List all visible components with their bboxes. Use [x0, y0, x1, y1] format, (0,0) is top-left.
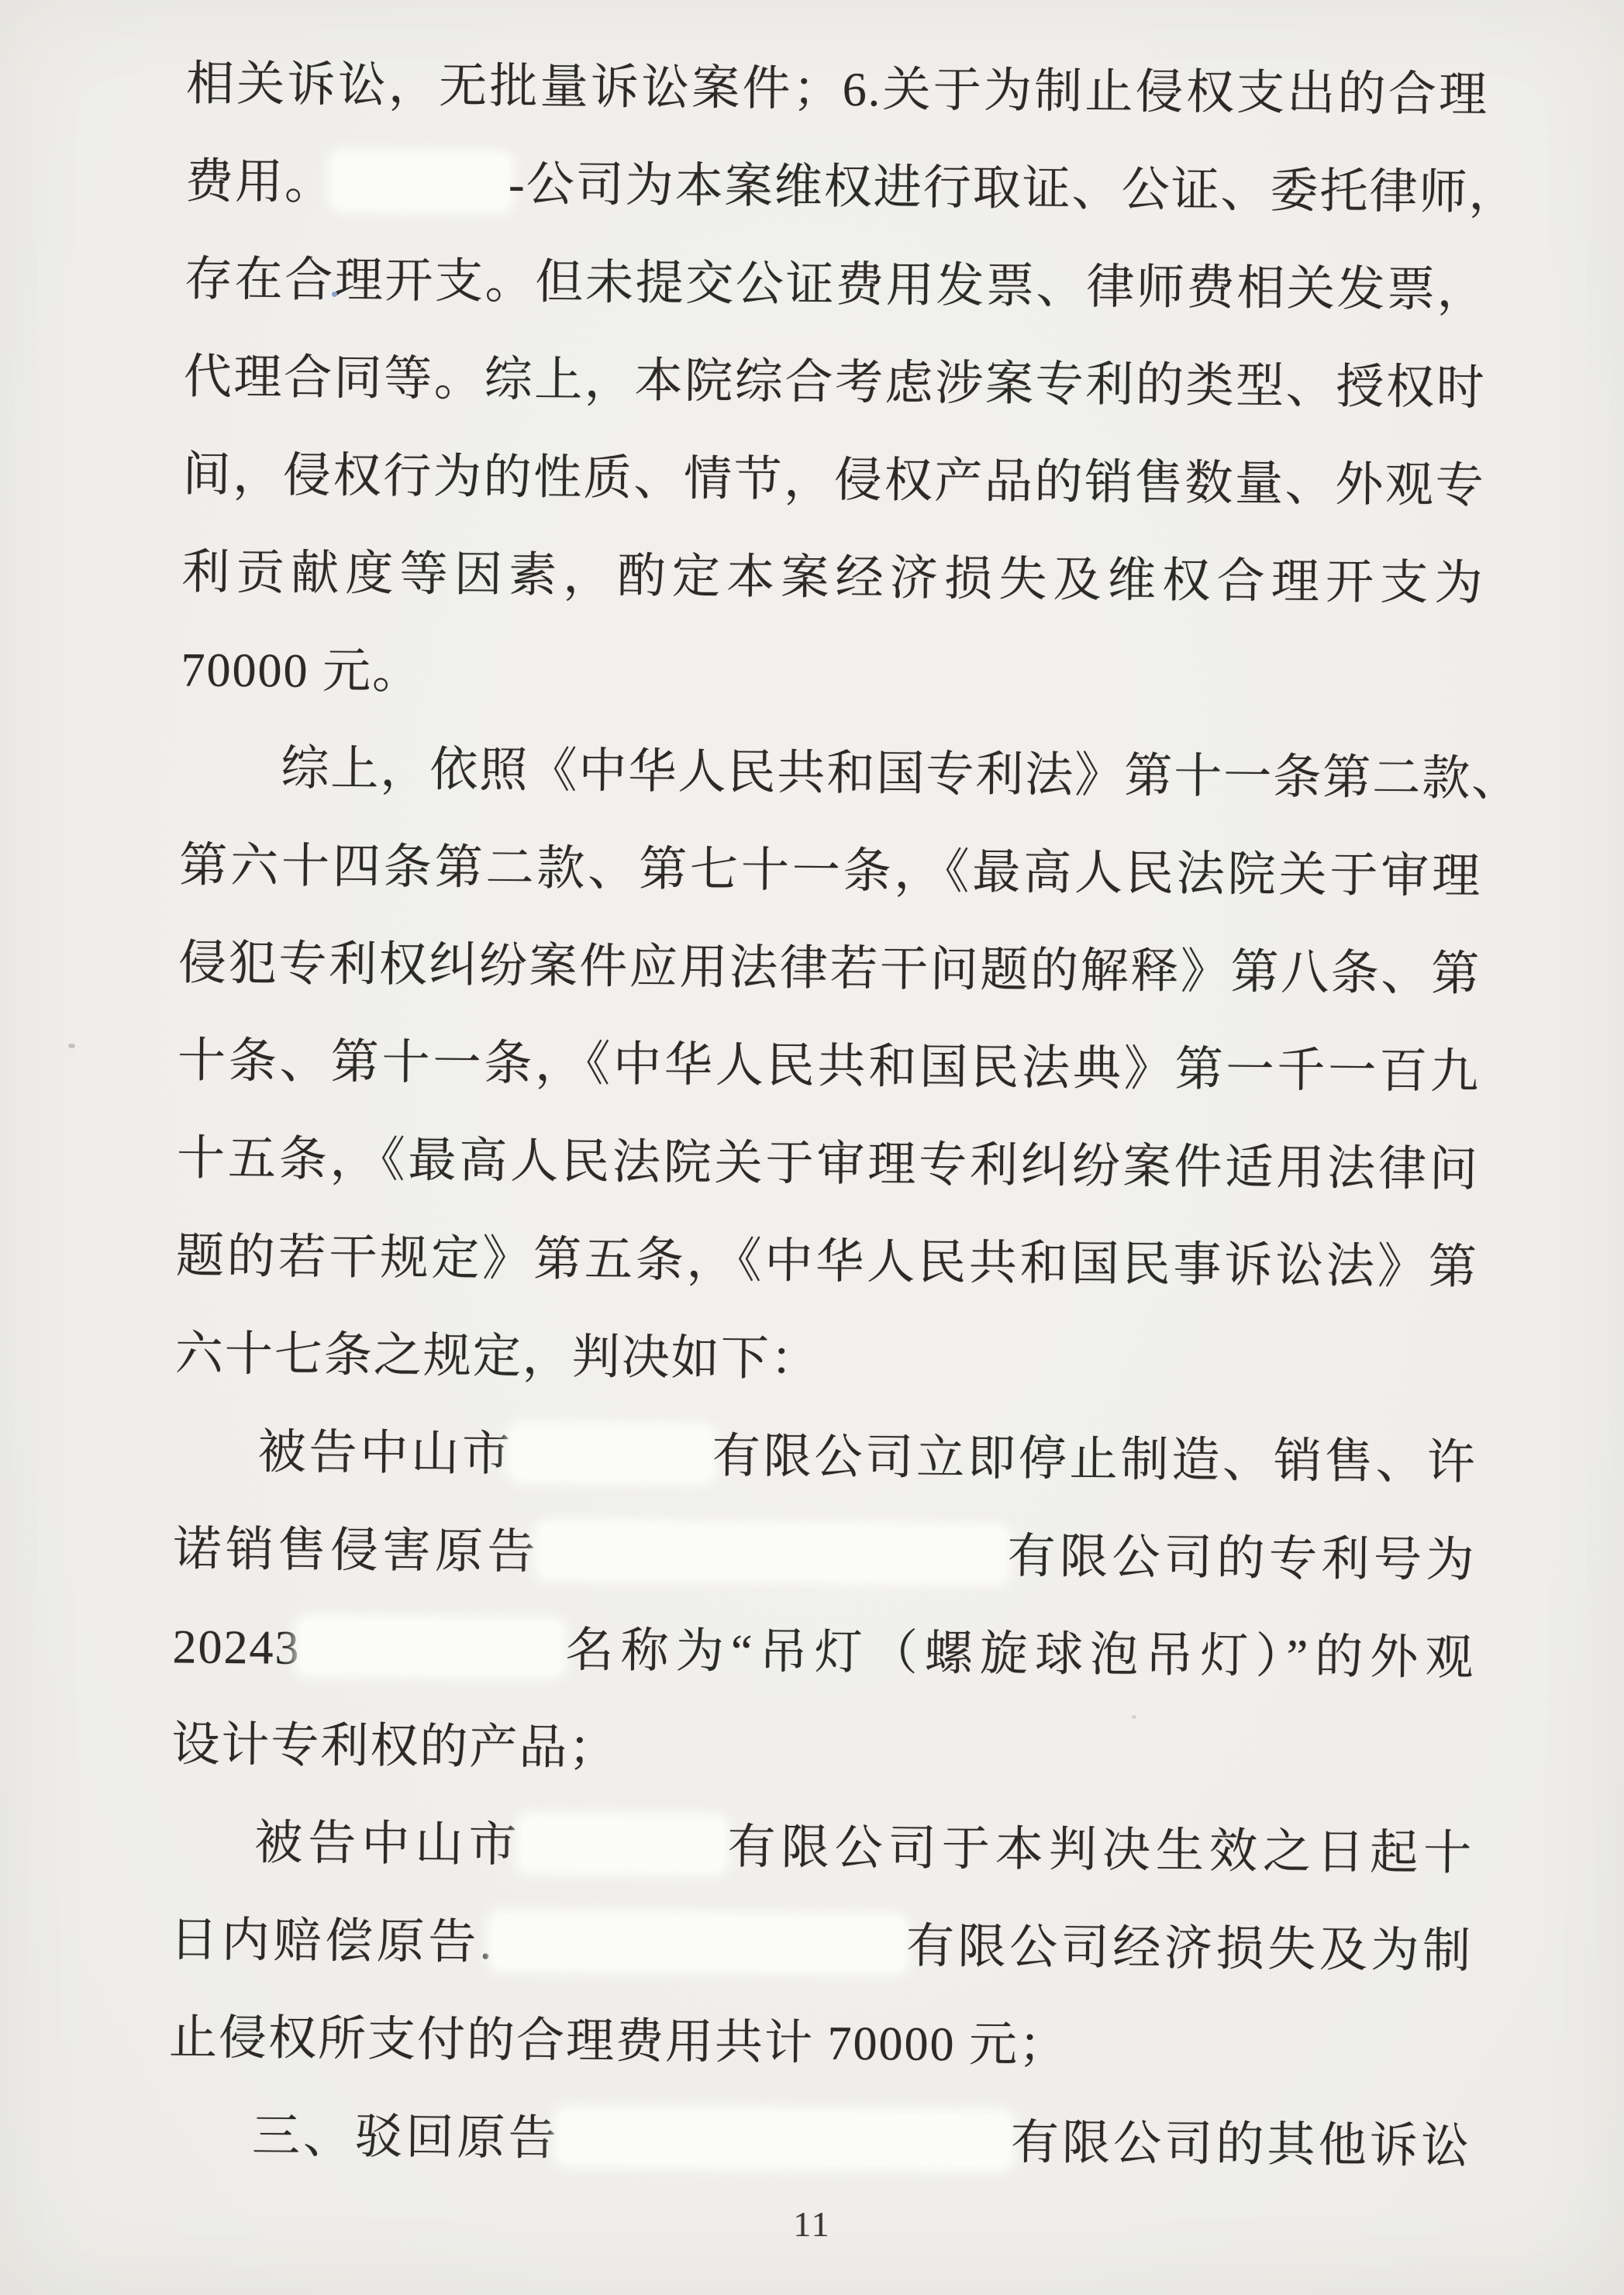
scan-speck	[68, 1044, 75, 1048]
redaction-gap	[493, 1915, 905, 1970]
text-segment: 名称为“吊灯（螺旋球泡吊灯）”的外观	[560, 1624, 1475, 1685]
text-line: 费用。-公司为本案维权进行取证、公证、委托律师，	[184, 133, 1488, 242]
text-segment: 费用。	[185, 155, 335, 209]
text-segment: 有限公司的专利号为	[1005, 1531, 1476, 1587]
text-line: 止侵权所支付的合理费用共计 70000 元；	[169, 1989, 1472, 2098]
text-segment: 间，侵权行为的性质、情节，侵权产品的销售数量、外观专	[182, 448, 1485, 512]
text-line: 第六十四条第二款、第七十一条，《最高人民法院关于审理	[179, 816, 1482, 926]
redaction-gap	[300, 1620, 560, 1674]
text-line: 侵犯专利权纠纷案件应用法律若干问题的解释》第八条、第	[178, 914, 1481, 1023]
text-segment: 有限公司立即停止制造、销售、许	[711, 1430, 1477, 1489]
text-segment: 设计专利权的产品；	[171, 1718, 619, 1775]
scan-speck	[332, 292, 337, 297]
text-line: 相关诉讼，无批量诉讼案件；6.关于为制止侵权支出的合理	[186, 35, 1489, 144]
text-line: 三、驳回原告有限公司的其他诉讼	[167, 2086, 1471, 2196]
scanned-page: 相关诉讼，无批量诉讼案件；6.关于为制止侵权支出的合理费用。-公司为本案维权进行…	[0, 0, 1624, 2295]
text-segment: 被告中山市	[254, 1817, 522, 1872]
text-segment: 20243	[172, 1620, 301, 1674]
text-line: 代理合同等。综上，本院综合考虑涉案专利的类型、授权时	[183, 328, 1486, 437]
scan-speck	[1132, 1715, 1136, 1719]
redaction-gap	[540, 1525, 1005, 1580]
text-segment: 有限公司于本判决生效之日起十	[723, 1821, 1473, 1880]
text-line: 诺销售侵害原告有限公司的专利号为	[173, 1500, 1476, 1610]
redaction-gap	[560, 2111, 1010, 2166]
text-line: 综上，依照《中华人民共和国专利法》第十一条第二款、	[180, 719, 1483, 828]
redaction-gap	[334, 155, 509, 208]
text-line: 被告中山市有限公司立即停止制造、销售、许	[174, 1403, 1477, 1512]
text-segment: 六十七条之规定，判决如下：	[175, 1327, 821, 1386]
text-line: 间，侵权行为的性质、情节，侵权产品的销售数量、外观专	[182, 426, 1485, 535]
redaction-gap	[522, 1817, 724, 1870]
document-body: 相关诉讼，无批量诉讼案件；6.关于为制止侵权支出的合理费用。-公司为本案维权进行…	[167, 35, 1488, 2196]
text-segment: 第六十四条第二款、第七十一条，《最高人民法院关于审理	[179, 839, 1482, 903]
scan-tilt-wrapper: 相关诉讼，无批量诉讼案件；6.关于为制止侵权支出的合理费用。-公司为本案维权进行…	[0, 0, 1624, 2197]
text-segment: 利贡献度等因素，酌定本案经济损失及维权合理开支为	[181, 546, 1484, 610]
text-segment: 相关诉讼，无批量诉讼案件；6.关于为制止侵权支出的合理	[186, 57, 1489, 122]
text-segment: 十五条，《最高人民法院关于审理专利纠纷案件适用法律问	[177, 1132, 1480, 1196]
text-segment: 70000 元。	[181, 644, 422, 699]
text-segment: 代理合同等。综上，本院综合考虑涉案专利的类型、授权时	[184, 350, 1487, 415]
text-segment: 存在合理开支。但未提交公证费用发票、律师费相关发票，	[184, 253, 1488, 317]
text-segment: 三、驳回原告	[252, 2110, 560, 2165]
text-line: 利贡献度等因素，酌定本案经济损失及维权合理开支为	[181, 523, 1484, 633]
text-segment: 日内赔偿原告.	[170, 1914, 494, 1969]
text-line: 70000 元。	[181, 621, 1484, 730]
text-segment: 被告中山市	[257, 1426, 513, 1481]
text-segment: 止侵权所支付的合理费用共计 70000 元；	[169, 2011, 1069, 2072]
text-line: 存在合理开支。但未提交公证费用发票、律师费相关发票，	[184, 230, 1487, 340]
text-segment: -公司为本案维权进行取证、公证、委托律师，	[509, 158, 1519, 219]
text-segment: 侵犯专利权纠纷案件应用法律若干问题的解释》第八条、第	[178, 937, 1481, 1001]
text-segment: 题的若干规定》第五条，《中华人民共和国民事诉讼法》第	[176, 1230, 1479, 1294]
text-line: 设计专利权的产品；	[171, 1696, 1474, 1805]
text-line: 题的若干规定》第五条，《中华人民共和国民事诉讼法》第	[175, 1207, 1478, 1317]
text-segment: 有限公司的其他诉讼	[1009, 2117, 1471, 2173]
text-line: 十条、第十一条，《中华人民共和国民法典》第一千一百九	[178, 1012, 1481, 1121]
text-line: 日内赔偿原告.有限公司经济损失及为制	[170, 1891, 1473, 2000]
page-number: 11	[0, 2204, 1624, 2245]
text-line: 十五条，《最高人民法院关于审理专利纠纷案件适用法律问	[176, 1110, 1479, 1219]
text-line: 20243名称为“吊灯（螺旋球泡吊灯）”的外观	[172, 1598, 1475, 1707]
text-line: 六十七条之规定，判决如下：	[174, 1305, 1477, 1414]
text-line: 被告中山市有限公司于本判决生效之日起十	[171, 1793, 1474, 1903]
text-segment: 诺销售侵害原告	[173, 1523, 540, 1579]
redaction-gap	[513, 1427, 712, 1479]
text-segment: 十条、第十一条，《中华人民共和国民法典》第一千一百九	[178, 1034, 1481, 1099]
text-segment: 有限公司经济损失及为制	[904, 1921, 1472, 1978]
text-segment: 综上，依照《中华人民共和国专利法》第十一条第二款、	[281, 743, 1522, 806]
